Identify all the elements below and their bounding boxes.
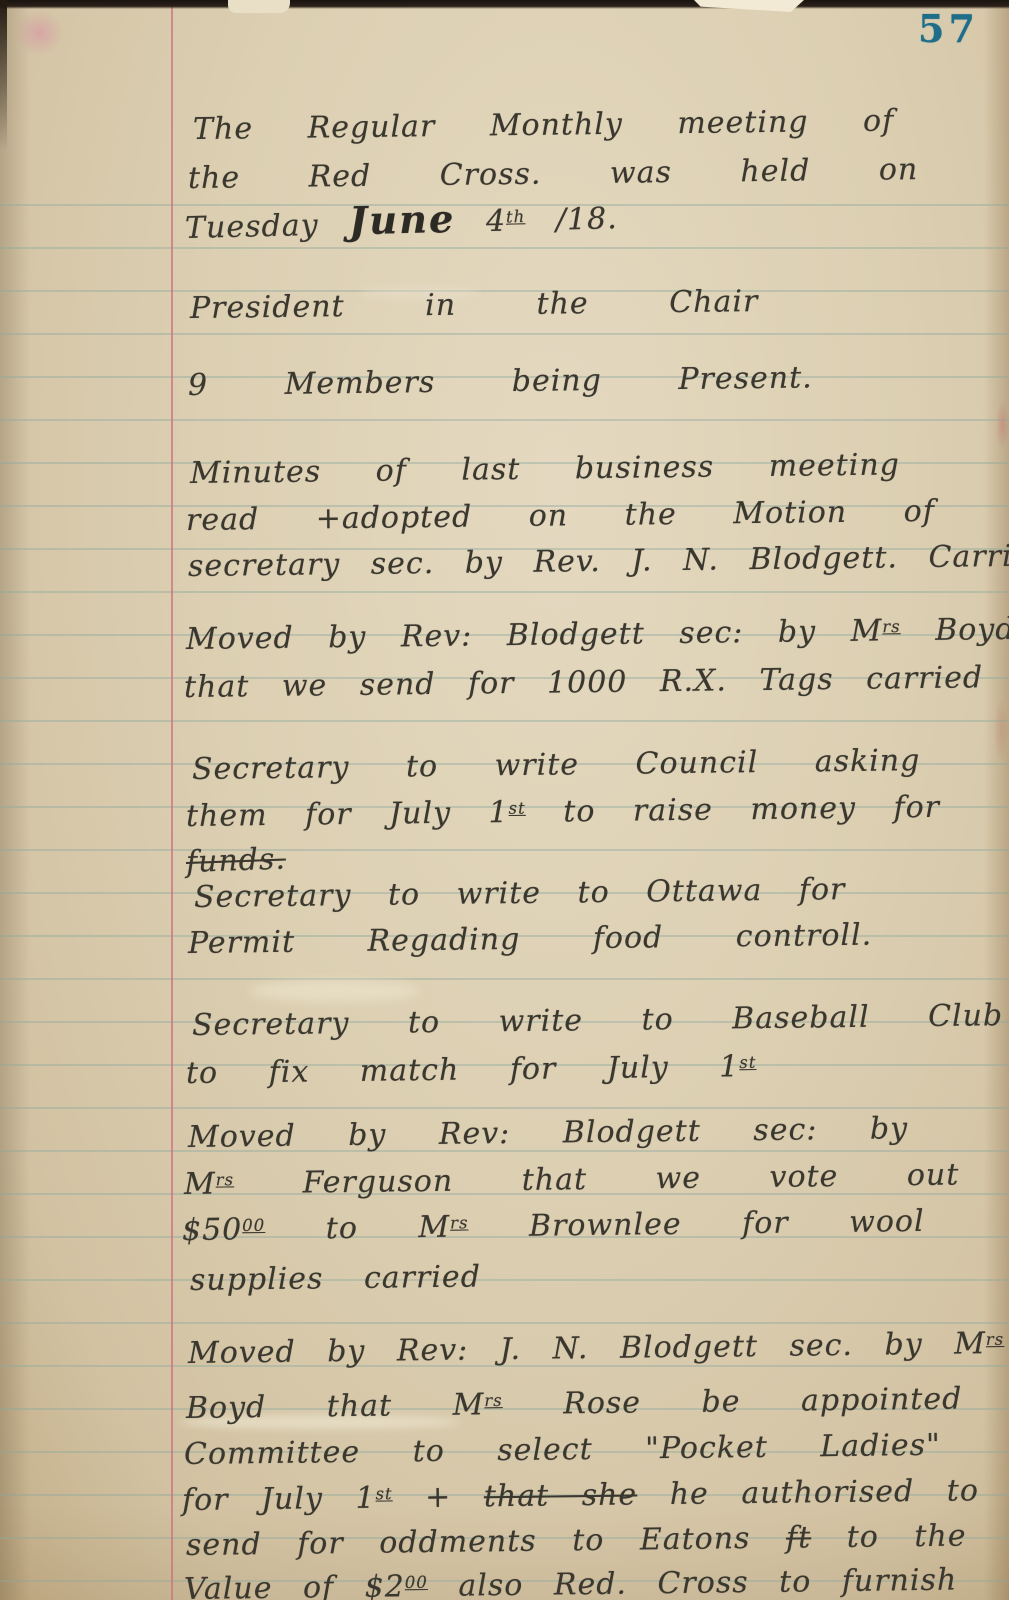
handwritten-segment: Moved by Rev: Blodgett sec: by xyxy=(188,1111,908,1155)
handwritten-segment: send for oddments to Eatons xyxy=(186,1521,786,1563)
handwritten-segment: Tuesday xyxy=(185,207,350,246)
handwritten-segment-strike: ft xyxy=(786,1520,812,1555)
handwritten-segment: $50 xyxy=(182,1212,243,1248)
handwritten-line: that we send for 1000 R.X. Tags carried xyxy=(184,660,984,705)
handwritten-segment: the Red Cross. was held on xyxy=(188,152,919,196)
handwritten-segment: Brownlee for wool xyxy=(468,1204,924,1245)
handwritten-line: Minutes of last business meeting xyxy=(190,447,900,491)
handwritten-line: Value of $200 also Red. Cross to furnish xyxy=(184,1563,958,1600)
handwritten-line: them for July 1st to raise money for xyxy=(186,790,940,834)
handwritten-line: the Red Cross. was held on xyxy=(188,152,919,196)
handwritten-line: Mrs Ferguson that we vote out xyxy=(184,1158,960,1202)
handwritten-segment: Value of $2 xyxy=(184,1569,405,1600)
handwritten-segment: to M xyxy=(265,1210,450,1247)
handwritten-line: Tuesday June 4th /18. xyxy=(184,193,618,248)
handwritten-segment-sup: rs xyxy=(450,1213,469,1232)
handwritten-segment: Rose be appointed xyxy=(502,1382,962,1423)
handwritten-segment: M xyxy=(184,1167,216,1202)
handwritten-segment: Secretary to write to Ottawa for xyxy=(194,872,846,915)
handwritten-segment: Ferguson that we vote out xyxy=(234,1158,960,1202)
handwritten-segment: Secretary to write to Baseball Club xyxy=(192,998,1004,1043)
handwritten-line: The Regular Monthly meeting of xyxy=(193,103,895,147)
handwritten-segment-sup: 00 xyxy=(405,1573,428,1592)
handwritten-line: President in the Chair xyxy=(190,284,759,326)
handwritten-segment: 9 Members being Present. xyxy=(188,360,813,403)
handwritten-segment: Boyd xyxy=(900,612,1009,648)
handwriting: The Regular Monthly meeting ofthe Red Cr… xyxy=(0,0,1009,1600)
handwritten-line: Boyd that Mrs Rose be appointed xyxy=(186,1382,963,1426)
handwritten-segment-sup: rs xyxy=(216,1170,235,1189)
handwritten-line: $5000 to Mrs Brownlee for wool xyxy=(182,1204,925,1248)
handwritten-line: Permit Regading food controll. xyxy=(188,918,873,961)
handwritten-line: Moved by Rev: Blodgett sec: by xyxy=(188,1111,908,1155)
handwritten-segment-strike: funds. xyxy=(185,842,286,880)
handwritten-line: to fix match for July 1st xyxy=(186,1049,757,1091)
handwritten-line: funds. xyxy=(185,842,286,880)
handwritten-line: Secretary to write to Ottawa for xyxy=(194,872,846,915)
handwritten-segment: also Red. Cross to furnish xyxy=(428,1563,958,1600)
handwritten-segment: for July 1 xyxy=(182,1481,376,1518)
handwritten-segment: that we send for 1000 R.X. Tags carried xyxy=(184,660,984,705)
handwritten-line: supplies carried xyxy=(190,1259,481,1298)
handwritten-segment-sup: st xyxy=(739,1053,756,1072)
handwritten-segment: to raise money for xyxy=(526,790,941,830)
handwritten-line: read +adopted on the Motion of xyxy=(186,494,935,538)
handwritten-segment-strike: that she xyxy=(484,1477,638,1514)
handwritten-segment: to the xyxy=(811,1518,967,1555)
handwritten-line: Committee to select "Pocket Ladies" xyxy=(184,1428,941,1472)
handwritten-segment: The Regular Monthly meeting of xyxy=(193,103,895,147)
handwritten-segment-sup: rs xyxy=(484,1391,503,1410)
handwritten-segment: + xyxy=(392,1479,484,1515)
handwritten-segment: /18. xyxy=(525,201,618,238)
handwritten-segment: he authorised to xyxy=(637,1473,979,1512)
handwritten-segment: Secretary to write Council asking xyxy=(192,743,921,787)
scanned-page: 57 The Regular Monthly meeting ofthe Red… xyxy=(0,0,1009,1600)
handwritten-segment-sup: st xyxy=(375,1484,392,1503)
handwritten-line: secretary sec. by Rev. J. N. Blodgett. C… xyxy=(188,538,1009,584)
handwritten-segment-sup: 00 xyxy=(242,1216,265,1235)
handwritten-segment: 4 xyxy=(455,204,506,240)
handwritten-segment: supplies carried xyxy=(190,1259,481,1298)
handwritten-segment: Moved by Rev: J. N. Blodgett sec. by M xyxy=(188,1326,986,1371)
handwritten-segment: secretary sec. by Rev. J. N. Blodgett. C… xyxy=(188,538,1009,584)
handwritten-line: Moved by Rev: J. N. Blodgett sec. by Mrs xyxy=(188,1326,1005,1371)
handwritten-segment: Permit Regading food controll. xyxy=(188,918,873,961)
handwritten-segment: read +adopted on the Motion of xyxy=(186,494,935,538)
handwritten-segment-bold: June xyxy=(349,197,456,244)
handwritten-segment-sup: th xyxy=(506,207,526,226)
handwritten-segment: Boyd that M xyxy=(186,1387,485,1426)
handwritten-line: Secretary to write to Baseball Club xyxy=(192,998,1004,1043)
handwritten-segment: Committee to select "Pocket Ladies" xyxy=(184,1428,941,1472)
handwritten-segment: them for July 1 xyxy=(186,795,509,834)
handwritten-segment: to fix match for July 1 xyxy=(186,1049,740,1091)
handwritten-line: Secretary to write Council asking xyxy=(192,743,921,787)
handwritten-line: for July 1st + that she he authorised to xyxy=(182,1473,979,1518)
handwritten-line: 9 Members being Present. xyxy=(188,360,813,403)
handwritten-line: Moved by Rev: Blodgett sec: by Mrs Boyd xyxy=(186,612,1009,657)
handwritten-segment: Moved by Rev: Blodgett sec: by M xyxy=(186,613,883,657)
handwritten-segment: Minutes of last business meeting xyxy=(190,447,900,491)
handwritten-segment-sup: st xyxy=(508,799,525,818)
handwritten-segment-sup: rs xyxy=(882,617,901,636)
handwritten-segment: President in the Chair xyxy=(190,284,759,326)
handwritten-line: send for oddments to Eatons ft to the xyxy=(186,1518,967,1563)
handwritten-segment-sup: rs xyxy=(986,1330,1005,1349)
